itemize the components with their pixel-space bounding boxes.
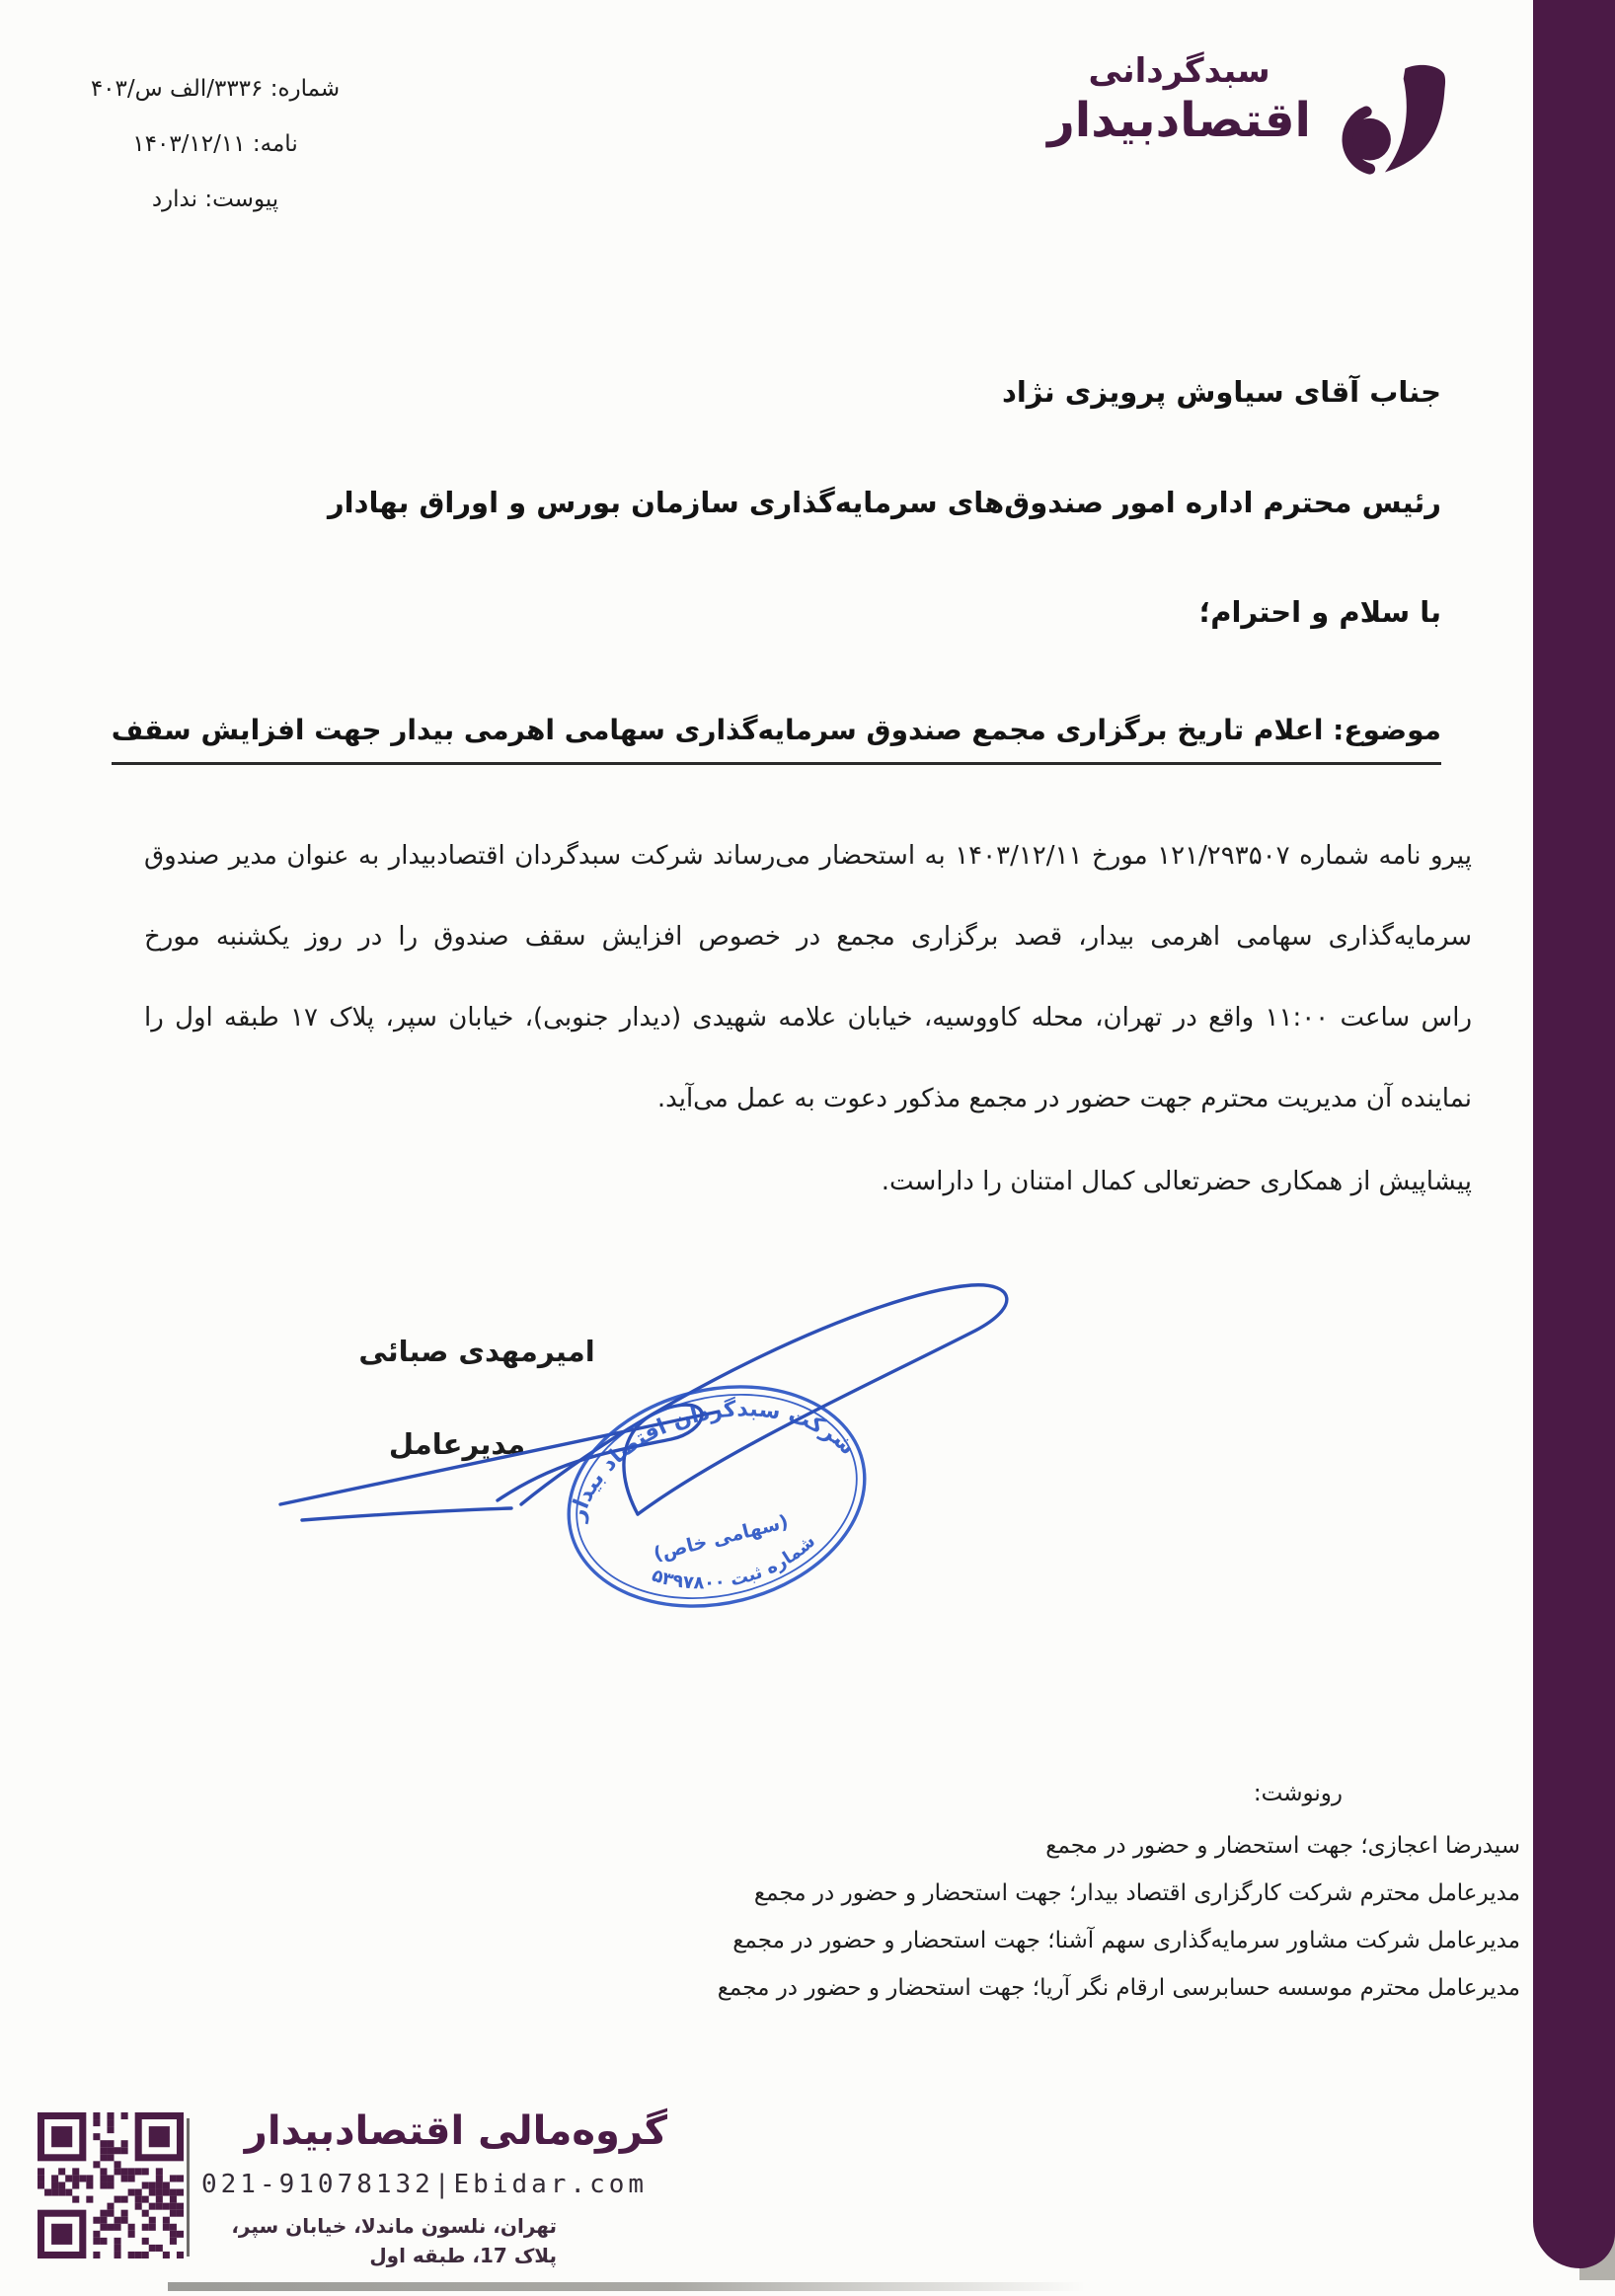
- logo-line1: سبدگردانی: [1047, 51, 1311, 91]
- scanned-letter-page: شماره: ۳۳۳۶/الف س/۴۰۳ نامه: ۱۴۰۳/۱۲/۱۱ پ…: [0, 0, 1615, 2296]
- company-logo: سبدگردانی اقتصادبیدار: [1064, 51, 1459, 194]
- bidar-logo-mark-icon: [1333, 57, 1459, 190]
- purple-side-band: [1533, 0, 1615, 2268]
- letter-meta-block: شماره: ۳۳۳۶/الف س/۴۰۳ نامه: ۱۴۰۳/۱۲/۱۱ پ…: [47, 61, 383, 227]
- closing-line: پیشاپیش از همکاری حضرتعالی کمال امتنان ر…: [144, 1141, 1472, 1222]
- subject-line: موضوع: اعلام تاریخ برگزاری مجمع صندوق سر…: [112, 714, 1441, 765]
- cc-item: مدیرعامل محترم موسسه حسابرسی ارقام نگر آ…: [718, 1973, 1520, 2003]
- qr-finder-top-left: [38, 2112, 86, 2161]
- body-line: راس ساعت ۱۱:۰۰ واقع در تهران، محله کاووس…: [144, 977, 1472, 1058]
- scan-edge-shadow: [168, 2282, 1086, 2291]
- body-line: پیرو نامه شماره ۱۲۱/۲۹۳۵۰۷ مورخ ۱۴۰۳/۱۲/…: [144, 815, 1472, 896]
- salutation: با سلام و احترام؛: [1199, 595, 1441, 629]
- footer-group-name: گروه‌مالی اقتصادبیدار: [203, 2103, 667, 2160]
- footer-divider: [187, 2118, 190, 2257]
- cc-item: سیدرضا اعجازی؛ جهت استحضار و حضور در مجم…: [1045, 1831, 1520, 1861]
- footer-phone-web: 021-91078132|Ebidar.com: [201, 2164, 675, 2205]
- body-line: سرمایه‌گذاری سهامی اهرمی بیدار، قصد برگز…: [144, 896, 1472, 977]
- recipient-name: جناب آقای سیاوش پرویزی نژاد: [1002, 375, 1441, 409]
- logo-wordmark: سبدگردانی اقتصادبیدار: [1047, 51, 1311, 148]
- letter-body: پیرو نامه شماره ۱۲۱/۲۹۳۵۰۷ مورخ ۱۴۰۳/۱۲/…: [144, 815, 1472, 1139]
- body-line: نماینده آن مدیریت محترم جهت حضور در مجمع…: [144, 1058, 1472, 1139]
- qr-finder-top-right: [135, 2112, 184, 2161]
- qr-finder-bottom-left: [38, 2210, 86, 2258]
- company-stamp-icon: شرکت سبدگردان اقتصاد بیدار (سهامی خاص) ش…: [545, 1364, 908, 1633]
- qr-code-icon: [38, 2110, 184, 2260]
- logo-line2: اقتصادبیدار: [1047, 93, 1311, 148]
- footer-address: تهران، نلسون ماندلا، خیابان سپر، پلاک 17…: [201, 2211, 557, 2270]
- cc-label: رونوشت:: [1254, 1781, 1343, 1806]
- cc-item: مدیرعامل شرکت مشاور سرمایه‌گذاری سهم آشن…: [732, 1926, 1520, 1955]
- recipient-title: رئیس محترم اداره امور صندوق‌های سرمایه‌گ…: [328, 486, 1441, 519]
- cc-item: مدیرعامل محترم شرکت کارگزاری اقتصاد بیدا…: [754, 1878, 1520, 1908]
- letter-attachment: پیوست: ندارد: [47, 172, 383, 227]
- letter-number: شماره: ۳۳۳۶/الف س/۴۰۳: [47, 61, 383, 116]
- letter-date: نامه: ۱۴۰۳/۱۲/۱۱: [47, 116, 383, 172]
